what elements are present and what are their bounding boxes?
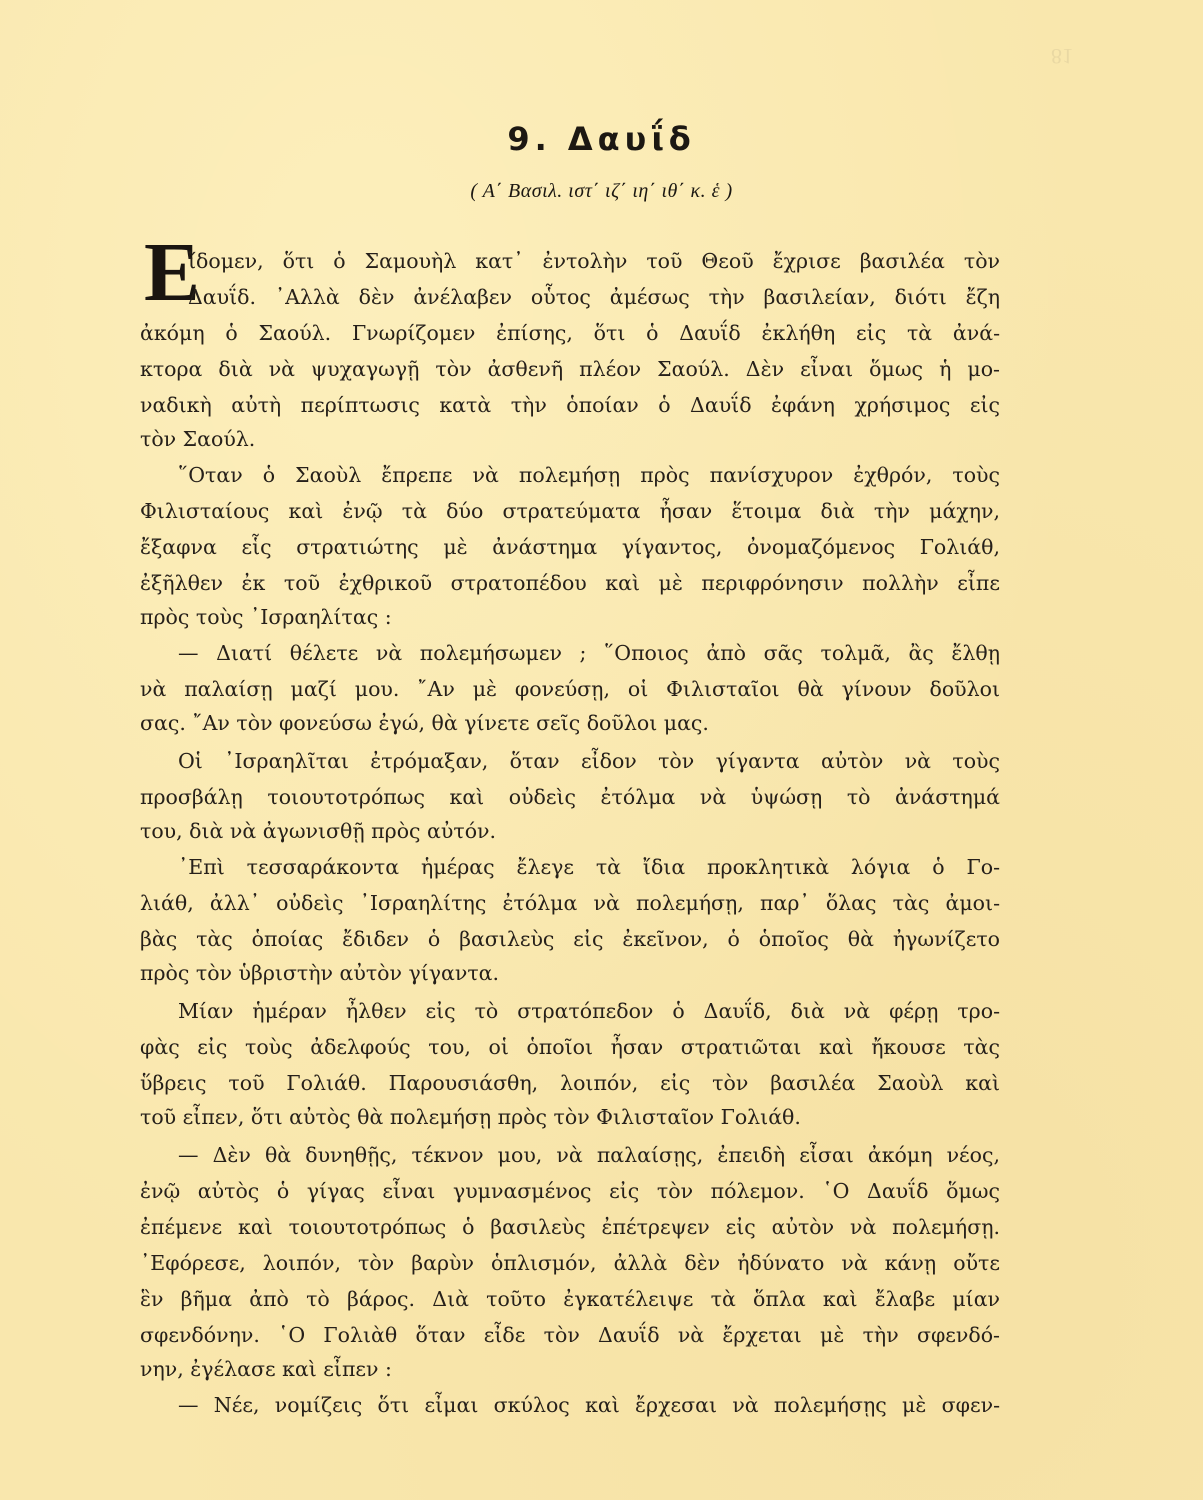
- text-line: προσβάλῃ τοιουτοτρόπως καὶ οὐδεὶς ἐτόλμα…: [140, 782, 1000, 812]
- chapter-title: 9. Δαυΐδ: [0, 120, 1203, 158]
- text-line: Φιλισταίους καὶ ἐνῷ τὰ δύο στρατεύματα ἦ…: [140, 496, 1000, 526]
- text-line: λιάθ, ἀλλ᾽ οὐδεὶς ᾽Ισραηλίτης ἐτόλμα νὰ …: [140, 888, 1000, 918]
- text-line: πρὸς τοὺς ᾽Ισραηλίτας :: [140, 602, 1000, 632]
- text-line: σφενδόνην. ῾Ο Γολιὰθ ὅταν εἶδε τὸν Δαυΐδ…: [140, 1320, 1000, 1350]
- text-line: — Δὲν θὰ δυνηθῇς, τέκνον μου, νὰ παλαίσῃ…: [178, 1140, 1000, 1170]
- text-line: κτορα διὰ νὰ ψυχαγωγῇ τὸν ἀσθενῆ πλέον Σ…: [140, 354, 1000, 384]
- text-line: ἐξῆλθεν ἐκ τοῦ ἐχθρικοῦ στρατοπέδου καὶ …: [140, 568, 1000, 598]
- text-line: ναδικὴ αὐτὴ περίπτωσις κατὰ τὴν ὁποίαν ὁ…: [140, 390, 1000, 420]
- text-line: τοῦ εἶπεν, ὅτι αὐτὸς θὰ πολεμήσῃ πρὸς τὸ…: [140, 1102, 1000, 1132]
- text-line: σας. ῎Αν τὸν φονεύσω ἐγώ, θὰ γίνετε σεῖς…: [140, 708, 1000, 738]
- text-line: ἔξαφνα εἷς στρατιώτης μὲ ἀνάστημα γίγαντ…: [140, 532, 1000, 562]
- text-line: βὰς τὰς ὁποίας ἔδιδεν ὁ βασιλεὺς εἰς ἐκε…: [140, 924, 1000, 954]
- text-line: νην, ἐγέλασε καὶ εἶπεν :: [140, 1354, 1000, 1384]
- text-line: νὰ παλαίσῃ μαζί μου. ῎Αν μὲ φονεύσῃ, οἱ …: [140, 674, 1000, 704]
- text-line: τὸν Σαούλ.: [140, 424, 1000, 454]
- text-line: ἓν βῆμα ἀπὸ τὸ βάρος. Διὰ τοῦτο ἐγκατέλε…: [140, 1284, 1000, 1314]
- text-line: ἐπέμενε καὶ τοιουτοτρόπως ὁ βασιλεὺς ἐπέ…: [140, 1212, 1000, 1242]
- text-line: ᾽Εφόρεσε, λοιπόν, τὸν βαρὺν ὁπλισμόν, ἀλ…: [140, 1248, 1000, 1278]
- text-line: ἐνῷ αὐτὸς ὁ γίγας εἶναι γυμνασμένος εἰς …: [140, 1176, 1000, 1206]
- text-line: ῞Οταν ὁ Σαοὺλ ἔπρεπε νὰ πολεμήσῃ πρὸς πα…: [178, 460, 1000, 490]
- bleed-through-page-number: 81: [1051, 44, 1073, 68]
- text-line: πρὸς τὸν ὑβριστὴν αὐτὸν γίγαντα.: [140, 958, 1000, 988]
- text-line: Οἱ ᾽Ισραηλῖται ἐτρόμαξαν, ὅταν εἶδον τὸν…: [178, 746, 1000, 776]
- text-line: ἴδομεν, ὅτι ὁ Σαμουὴλ κατ᾽ ἐντολὴν τοῦ Θ…: [188, 246, 1000, 276]
- text-line: — Νέε, νομίζεις ὅτι εἶμαι σκύλος καὶ ἔρχ…: [178, 1390, 1000, 1420]
- text-line: ᾽Επὶ τεσσαράκοντα ἡμέρας ἔλεγε τὰ ἴδια π…: [178, 852, 1000, 882]
- text-line: Μίαν ἡμέραν ἦλθεν εἰς τὸ στρατόπεδον ὁ Δ…: [178, 996, 1000, 1026]
- text-line: ἀκόμη ὁ Σαούλ. Γνωρίζομεν ἐπίσης, ὅτι ὁ …: [140, 318, 1000, 348]
- text-line: Δαυΐδ. ᾽Αλλὰ δὲν ἀνέλαβεν οὗτος ἀμέσως τ…: [188, 282, 1000, 312]
- text-line: φὰς εἰς τοὺς ἀδελφούς του, οἱ ὁποῖοι ἦσα…: [140, 1032, 1000, 1062]
- text-line: του, διὰ νὰ ἀγωνισθῇ πρὸς αὐτόν.: [140, 816, 1000, 846]
- text-line: ὕβρεις τοῦ Γολιάθ. Παρουσιάσθη, λοιπόν, …: [140, 1068, 1000, 1098]
- text-line: — Διατί θέλετε νὰ πολεμήσωμεν ; ῞Οποιος …: [178, 638, 1000, 668]
- scripture-reference: ( Α΄ Βασιλ. ιστ΄ ιζ΄ ιη΄ ιθ΄ κ. ἑ ): [0, 180, 1203, 203]
